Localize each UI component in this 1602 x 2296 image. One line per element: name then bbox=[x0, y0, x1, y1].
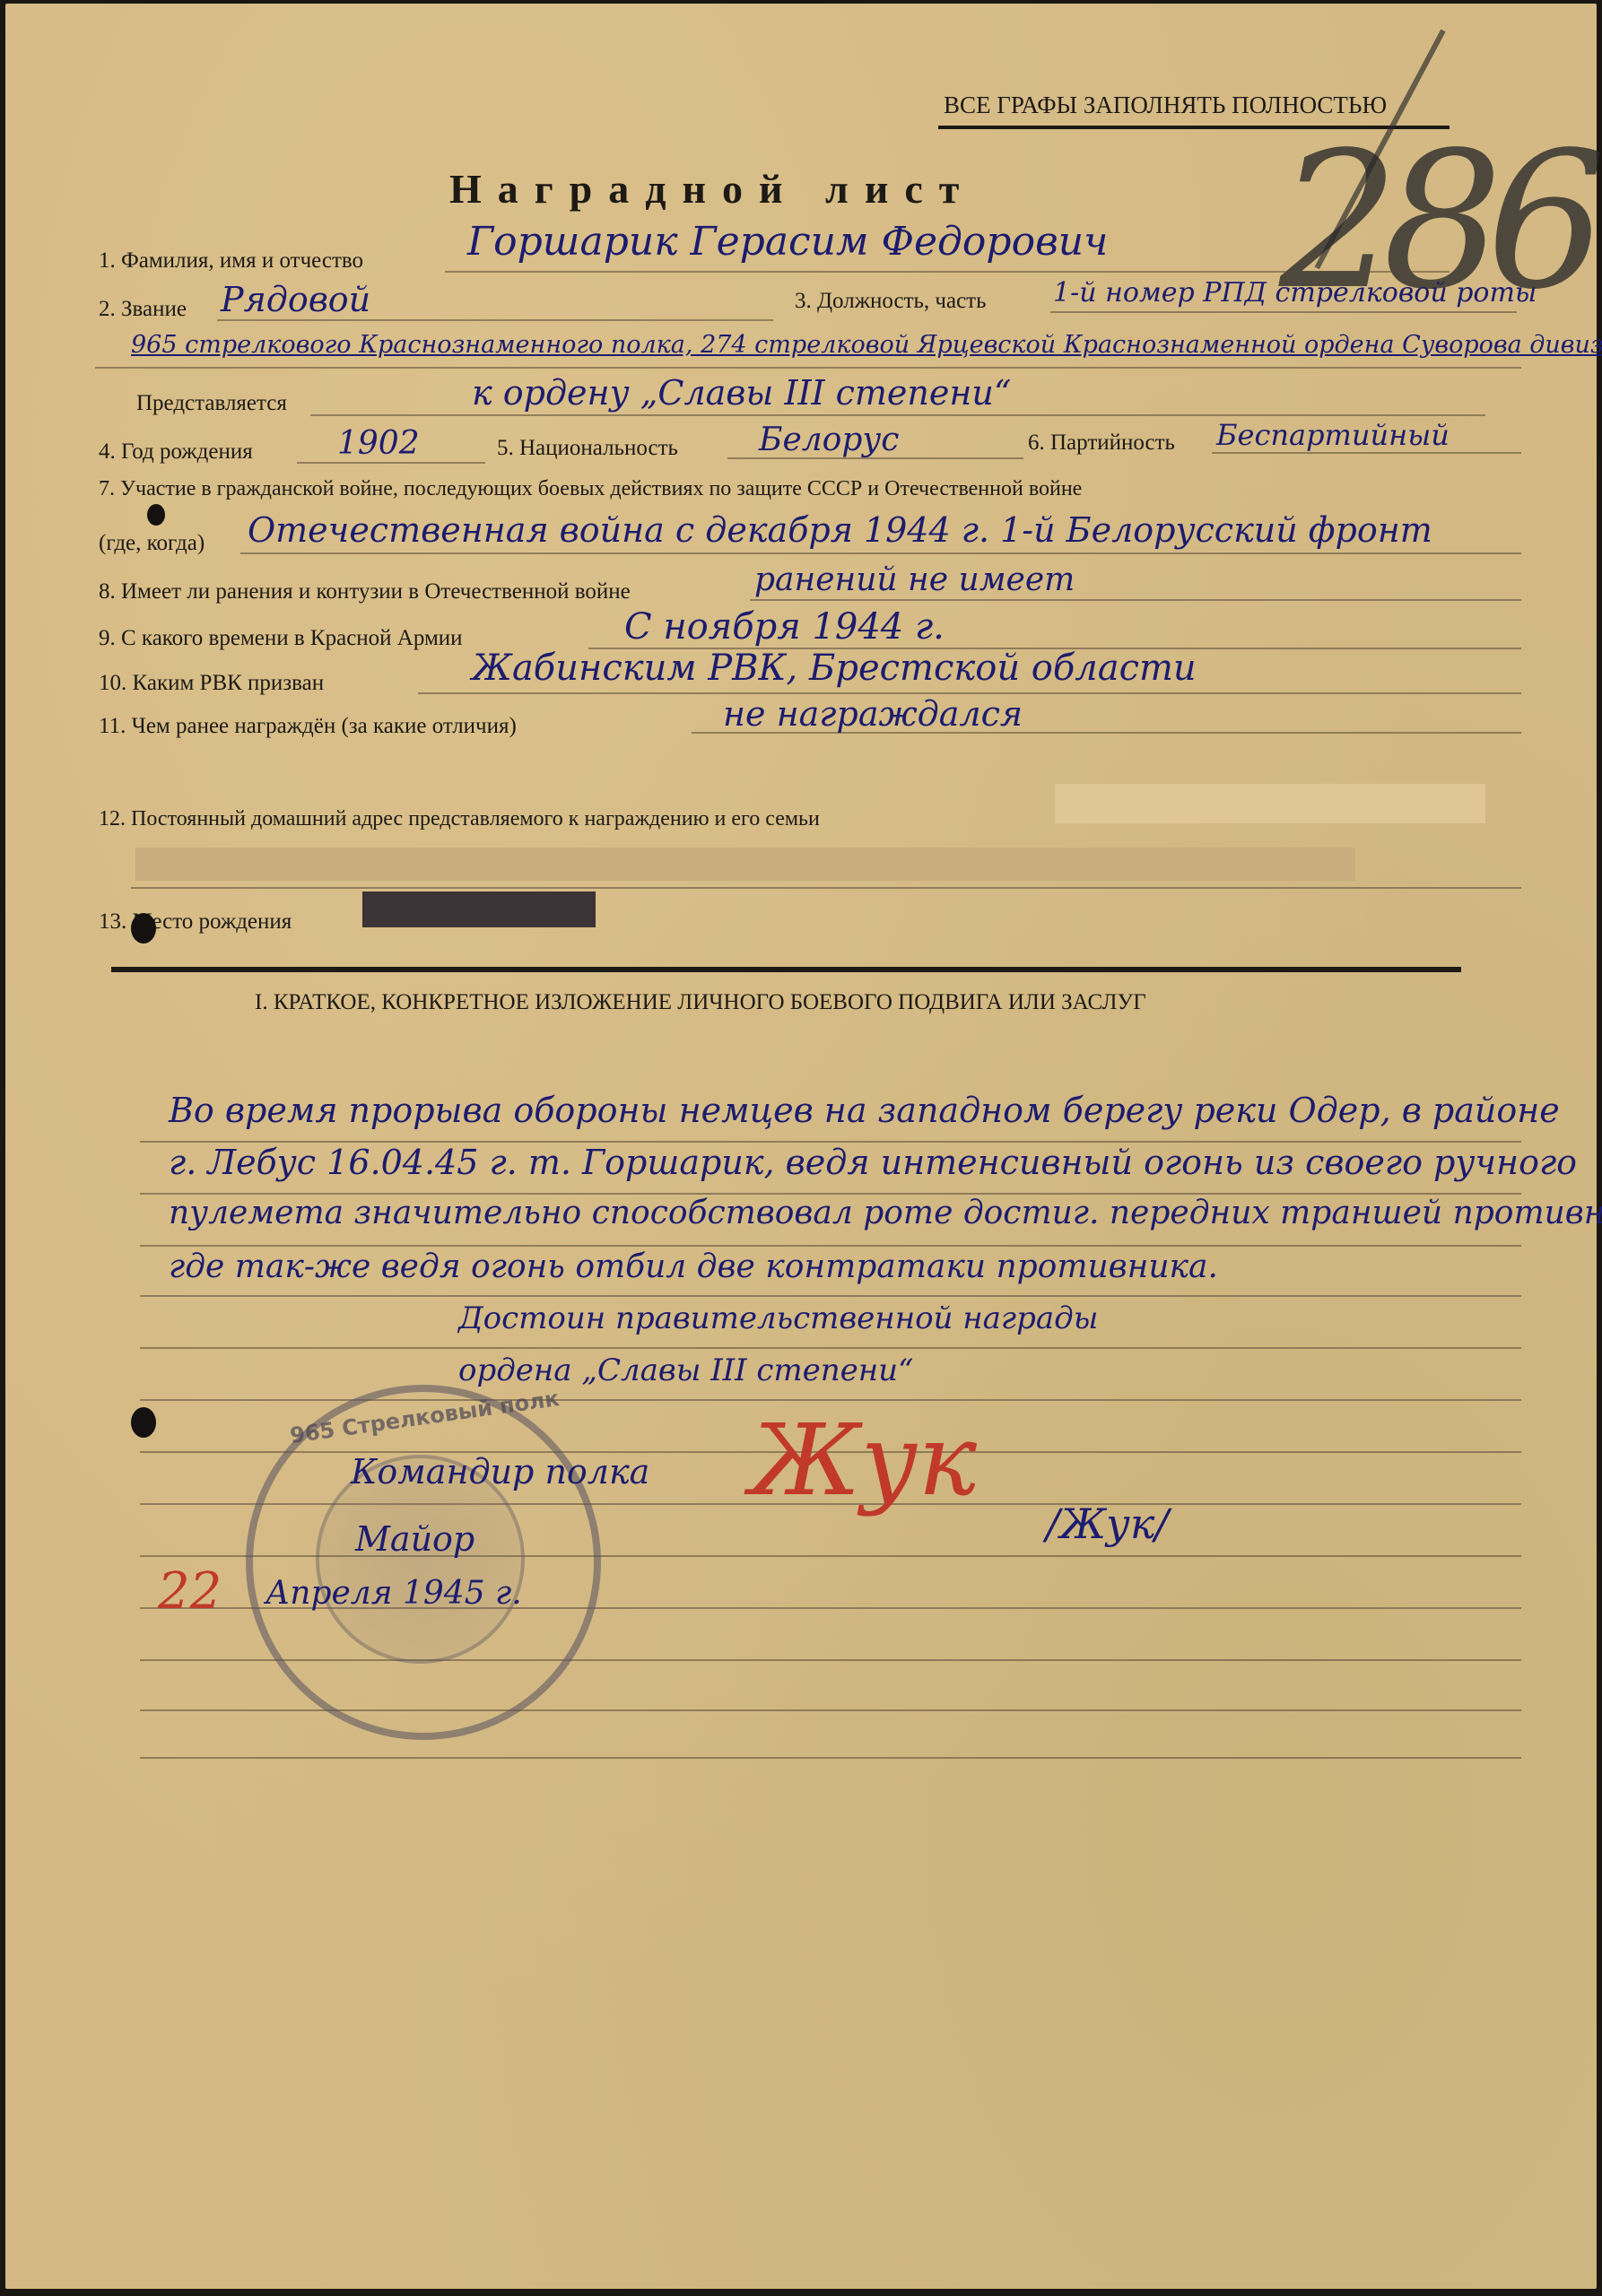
unit-value: 965 стрелкового Краснознаменного полка, … bbox=[131, 331, 1602, 359]
date-rest: Апреля 1945 г. bbox=[266, 1575, 522, 1612]
field-10-value: Жабинским РВК, Брестской области bbox=[472, 648, 1197, 689]
narrative-line-3: пулемета значительно способствовал роте … bbox=[169, 1195, 1602, 1231]
field-13-label: 13. Место рождения bbox=[99, 909, 292, 935]
field-8-line bbox=[750, 599, 1521, 601]
field-5-label: 5. Национальность bbox=[497, 436, 678, 461]
presented-label: Представляется bbox=[136, 391, 287, 416]
signature-mark: Жук bbox=[750, 1403, 977, 1518]
narrative-line-6: ордена „Славы III степени“ bbox=[458, 1352, 913, 1388]
address-redaction-2 bbox=[135, 848, 1355, 881]
field-7-value: Отечественная война с декабря 1944 г. 1-… bbox=[248, 510, 1432, 550]
field-11-value: не награждался bbox=[723, 694, 1023, 734]
signatory-position: Командир полка bbox=[351, 1452, 649, 1492]
field-3-value: 1-й номер РПД стрелковой роты bbox=[1053, 277, 1537, 309]
field-1-line bbox=[445, 271, 1450, 273]
field-10-label: 10. Каким РВК призван bbox=[99, 671, 324, 696]
field-12-label: 12. Постоянный домашний адрес представля… bbox=[99, 807, 820, 831]
ruled-line bbox=[140, 1347, 1521, 1349]
field-2-line bbox=[217, 319, 773, 321]
presented-value: к ордену „Славы III степени“ bbox=[472, 373, 1011, 413]
narrative-line-5: Достоин правительственной награды bbox=[458, 1300, 1098, 1336]
punch-hole bbox=[147, 504, 165, 526]
stamp-text: 965 Стрелковый полк bbox=[289, 1386, 562, 1448]
field-6-value: Беспартийный bbox=[1216, 418, 1450, 452]
unit-line bbox=[95, 367, 1521, 369]
field-5-value: Белорус bbox=[759, 422, 899, 458]
presented-line bbox=[310, 414, 1485, 416]
field-9-label: 9. С какого времени в Красной Армии bbox=[99, 626, 463, 651]
field-6-label: 6. Партийность bbox=[1028, 430, 1175, 456]
narrative-line-4: где так-же ведя огонь отбил две контрата… bbox=[169, 1248, 1218, 1285]
field-1-label: 1. Фамилия, имя и отчество bbox=[99, 248, 363, 274]
address-redaction-1 bbox=[1055, 784, 1485, 823]
ruled-line bbox=[140, 1295, 1521, 1297]
section-title: I. КРАТКОЕ, КОНКРЕТНОЕ ИЗЛОЖЕНИЕ ЛИЧНОГО… bbox=[255, 990, 1146, 1015]
ruled-line bbox=[140, 1245, 1521, 1247]
punch-hole bbox=[131, 1407, 156, 1438]
field-4-label: 4. Год рождения bbox=[99, 439, 253, 465]
field-2-value: Рядовой bbox=[221, 280, 370, 319]
ruled-line bbox=[140, 1757, 1521, 1759]
field-3-line bbox=[1050, 311, 1517, 313]
birthplace-redaction bbox=[362, 891, 596, 927]
ruled-line bbox=[140, 1399, 1521, 1401]
field-8-value: ранений не имеет bbox=[754, 561, 1075, 598]
punch-hole bbox=[131, 913, 156, 944]
field-7-label-where: (где, когда) bbox=[99, 531, 205, 556]
field-12-line bbox=[131, 887, 1521, 889]
field-2-label: 2. Звание bbox=[99, 297, 187, 322]
field-7-line bbox=[240, 552, 1521, 554]
signatory-rank: Майор bbox=[355, 1519, 475, 1559]
field-4-line bbox=[297, 462, 485, 464]
narrative-line-1: Во время прорыва обороны немцев на запад… bbox=[169, 1091, 1560, 1130]
field-1-value: Горшарик Герасим Федорович bbox=[467, 219, 1108, 265]
field-4-value: 1902 bbox=[337, 425, 420, 462]
field-9-value: С ноября 1944 г. bbox=[624, 606, 945, 648]
award-sheet: ВСЕ ГРАФЫ ЗАПОЛНЯТЬ ПОЛНОСТЬЮ 286 Наград… bbox=[5, 4, 1597, 2289]
field-7-label: 7. Участие в гражданской войне, последую… bbox=[99, 477, 1082, 501]
field-8-label: 8. Имеет ли ранения и контузии в Отечест… bbox=[99, 579, 631, 604]
section-divider bbox=[111, 967, 1461, 972]
field-11-label: 11. Чем ранее награждён (за какие отличи… bbox=[99, 714, 517, 739]
date-day: 22 bbox=[158, 1562, 222, 1621]
page-title: Наградной лист bbox=[449, 165, 975, 213]
narrative-line-2: г. Лебус 16.04.45 г. т. Горшарик, ведя и… bbox=[169, 1143, 1577, 1182]
field-6-line bbox=[1212, 452, 1521, 454]
field-3-label: 3. Должность, часть bbox=[795, 289, 987, 314]
signatory-name: /Жук/ bbox=[1046, 1500, 1169, 1548]
unit-stamp: 965 Стрелковый полк bbox=[246, 1385, 601, 1740]
